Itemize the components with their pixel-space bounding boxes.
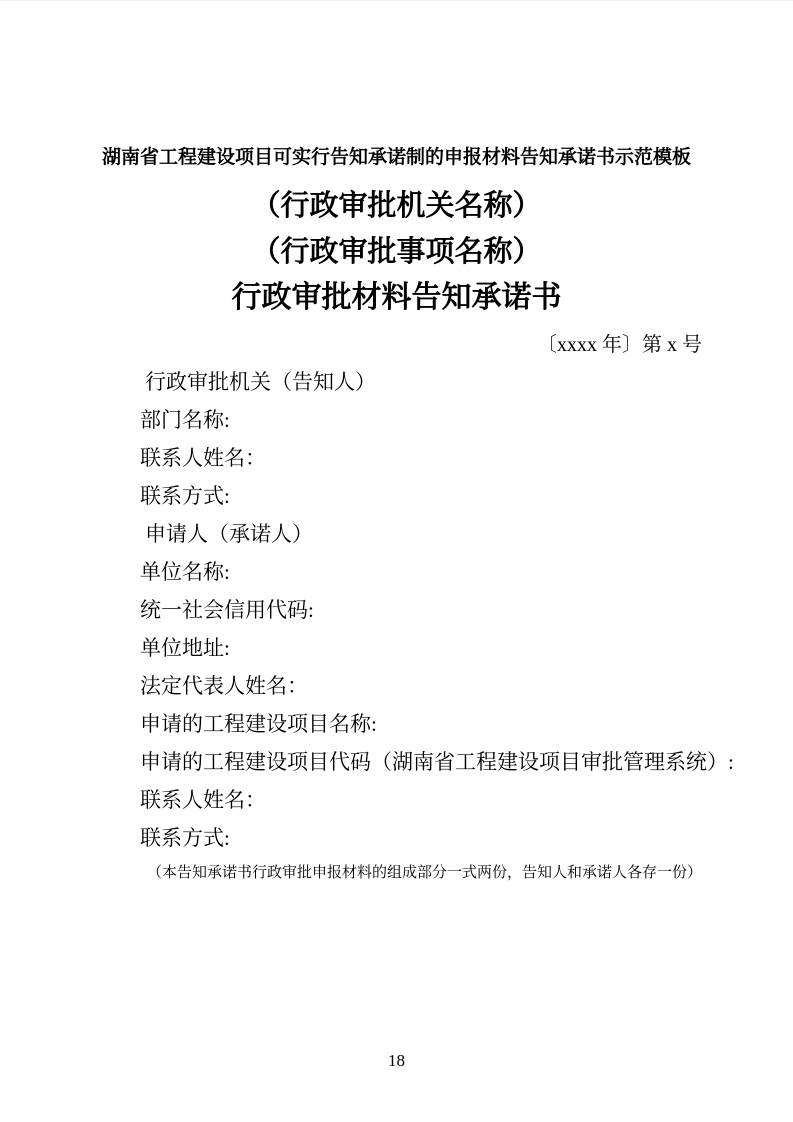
doc-number: 〔xxxx 年〕第 x 号	[537, 330, 702, 360]
field-contact-method-applicant: 联系方式:	[140, 819, 740, 857]
field-contact-name-authority: 联系人姓名：	[140, 439, 740, 477]
document-template-title: 湖南省工程建设项目可实行告知承诺制的申报材料告知承诺书示范模板	[0, 145, 793, 171]
field-department-name: 部门名称:	[140, 401, 740, 439]
field-contact-name-applicant: 联系人姓名：	[140, 781, 740, 819]
document-page: 湖南省工程建设项目可实行告知承诺制的申报材料告知承诺书示范模板 （行政审批机关名…	[0, 0, 793, 1122]
field-unit-address: 单位地址:	[140, 629, 740, 667]
section-header-authority: 行政审批机关（告知人）	[140, 363, 740, 401]
document-body: 行政审批机关（告知人） 部门名称: 联系人姓名： 联系方式: 申请人（承诺人） …	[140, 363, 740, 857]
footnote: （本告知承诺书行政审批申报材料的组成部分一式两份，告知人和承诺人各存一份）	[147, 859, 702, 887]
page-number: 18	[0, 1049, 793, 1073]
field-project-name: 申请的工程建设项目名称:	[140, 705, 740, 743]
heading-agency-name: （行政审批机关名称）	[0, 189, 793, 223]
field-legal-representative-name: 法定代表人姓名：	[140, 667, 740, 705]
field-social-credit-code: 统一社会信用代码:	[140, 591, 740, 629]
field-contact-method-authority: 联系方式:	[140, 477, 740, 515]
field-project-code: 申请的工程建设项目代码（湖南省工程建设项目审批管理系统）:	[140, 743, 740, 781]
section-header-applicant: 申请人（承诺人）	[140, 515, 740, 553]
heading-doc-title: 行政审批材料告知承诺书	[0, 281, 793, 315]
heading-item-name: （行政审批事项名称）	[0, 235, 793, 269]
field-unit-name: 单位名称:	[140, 553, 740, 591]
